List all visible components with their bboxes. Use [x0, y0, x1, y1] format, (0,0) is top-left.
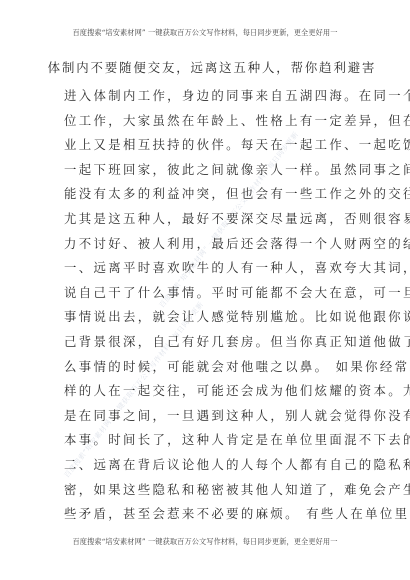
document-title: 体制内不要随便交友，远离这五种人，帮你趋利避害: [0, 58, 410, 76]
page-footer: 百度搜索“培安素材网” 一键获取百万公文写作材料，每日同步更新，更全更好用一: [0, 537, 410, 547]
body-line: 二、远离在背后议论他人的人每个人都有自己的隐私和秘: [64, 456, 354, 481]
body-line: 是在同事之间，一旦遇到这种人，别人就会觉得你没有真: [64, 407, 354, 432]
body-line: 样的人在一起交往，可能还会成为他们炫耀的资本。尤其: [64, 382, 354, 407]
body-line: 本事。时间长了，这种人肯定是在单位里面混不下去的。: [64, 431, 354, 456]
body-line: 么事情的时候，可能就会对他嗤之以鼻。 如果你经常跟这: [64, 358, 354, 383]
body-line: 密，如果这些隐私和秘密被其他人知道了，难免会产生一: [64, 481, 354, 506]
body-line: 进入体制内工作，身边的同事来自五湖四海。在同一个单: [64, 87, 354, 112]
body-line: 一起下班回家，彼此之间就像亲人一样。虽然同事之间可: [64, 161, 354, 186]
body-line: 力不讨好、被人利用，最后还会落得一个人财两空的结局: [64, 235, 354, 260]
body-line: 己背景很深，自己有好几套房。但当你真正知道他做了什: [64, 333, 354, 358]
document-body: 进入体制内工作，身边的同事来自五湖四海。在同一个单 位工作，大家虽然在年龄上、性…: [64, 87, 354, 530]
body-line: 些矛盾，甚至会惹来不必要的麻烦。 有些人在单位里喜欢: [64, 505, 354, 530]
page-header: 百度搜索“培安素材网” 一键获取百万公文写作材料，每日同步更新，更全更好用一: [0, 28, 410, 38]
body-line: 说自己干了什么事情。平时可能都不会大在意，可一旦把: [64, 284, 354, 309]
body-line: 一、远离平时喜欢吹牛的人有一种人，喜欢夸大其词，总: [64, 259, 354, 284]
body-line: 尤其是这五种人，最好不要深交尽量远离，否则很容易吃: [64, 210, 354, 235]
body-line: 能没有太多的利益冲突，但也会有一些工作之外的交往。: [64, 185, 354, 210]
body-line: 业上又是相互扶持的伙伴。每天在一起工作、一起吃饭、: [64, 136, 354, 161]
body-line: 位工作，大家虽然在年龄上、性格上有一定差异，但在职: [64, 112, 354, 137]
body-line: 事情说出去，就会让人感觉特别尴尬。比如说他跟你说自: [64, 308, 354, 333]
